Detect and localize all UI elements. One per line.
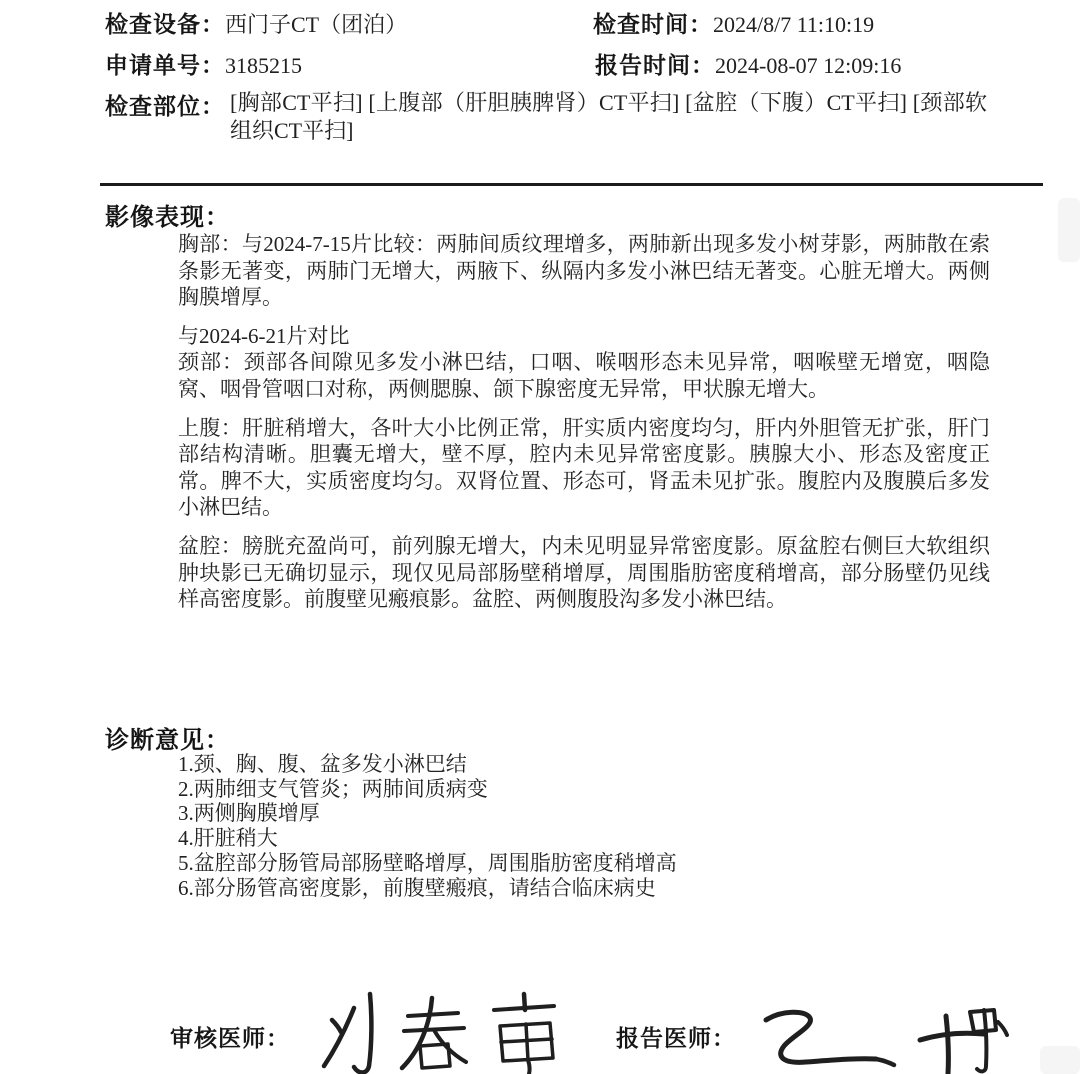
request-no-label: 申请单号： [105, 53, 225, 78]
section-divider [100, 183, 1043, 186]
reporter-signature [748, 1002, 1018, 1074]
findings-body: 胸部：与2024-7-15片比较：两肺间质纹理增多，两肺新出现多发小树芽影，两肺… [178, 231, 990, 613]
findings-paragraph-neck: 颈部：颈部各间隙见多发小淋巴结，口咽、喉咽形态未见异常，咽喉壁无增宽，咽隐窝、咽… [178, 349, 990, 402]
body-part-label: 检查部位： [105, 94, 225, 119]
scan-smudge [1040, 1046, 1080, 1074]
device-value: 西门子CT（团泊） [225, 12, 407, 37]
header-row-request-no: 申请单号：3185215 [105, 47, 302, 80]
header-row-exam-time: 检查时间：2024/8/7 11:10:19 [593, 6, 874, 39]
request-no-value: 3185215 [225, 53, 302, 78]
reporter-label: 报告医师： [616, 1020, 736, 1053]
body-part-value: [胸部CT平扫] [上腹部（肝胆胰脾肾）CT平扫] [盆腔（下腹）CT平扫] [… [230, 89, 987, 145]
report-time-value: 2024-08-07 12:09:16 [715, 53, 901, 78]
diagnosis-item: 2.两肺细支气管炎；两肺间质病变 [178, 777, 998, 802]
reviewer-signature [308, 986, 598, 1074]
diagnosis-item: 1.颈、胸、腹、盆多发小淋巴结 [178, 752, 998, 777]
header-row-report-time: 报告时间：2024-08-07 12:09:16 [595, 47, 901, 80]
findings-paragraph-pelvis: 盆腔：膀胱充盈尚可，前列腺无增大，内未见明显异常密度影。原盆腔右侧巨大软组织肿块… [178, 533, 990, 613]
ct-report-page: 检查设备：西门子CT（团泊） 检查时间：2024/8/7 11:10:19 申请… [0, 0, 1080, 1074]
body-part-label-wrap: 检查部位： [105, 88, 225, 121]
diagnosis-item: 5.盆腔部分肠管局部肠壁略增厚，周围脂肪密度稍增高 [178, 851, 998, 876]
exam-time-value: 2024/8/7 11:10:19 [713, 12, 874, 37]
findings-compare-line: 与2024-6-21片对比 [178, 323, 990, 350]
findings-paragraph-chest: 胸部：与2024-7-15片比较：两肺间质纹理增多，两肺新出现多发小树芽影，两肺… [178, 231, 990, 311]
diagnosis-item: 3.两侧胸膜增厚 [178, 801, 998, 826]
report-time-label: 报告时间： [595, 53, 715, 78]
exam-time-label: 检查时间： [593, 12, 713, 37]
diagnosis-title: 诊断意见： [105, 720, 230, 755]
diagnosis-item: 4.肝脏稍大 [178, 826, 998, 851]
reviewer-label: 审核医师： [170, 1020, 290, 1053]
findings-paragraph-abdomen: 上腹：肝脏稍增大，各叶大小比例正常，肝实质内密度均匀，肝内外胆管无扩张，肝门部结… [178, 415, 990, 521]
device-label: 检查设备： [105, 12, 225, 37]
diagnosis-list: 1.颈、胸、腹、盆多发小淋巴结 2.两肺细支气管炎；两肺间质病变 3.两侧胸膜增… [178, 752, 998, 900]
header-row-device: 检查设备：西门子CT（团泊） [105, 6, 407, 39]
scan-smudge [1058, 198, 1080, 262]
findings-title: 影像表现： [105, 197, 230, 232]
diagnosis-item: 6.部分肠管高密度影，前腹壁瘢痕，请结合临床病史 [178, 876, 998, 901]
